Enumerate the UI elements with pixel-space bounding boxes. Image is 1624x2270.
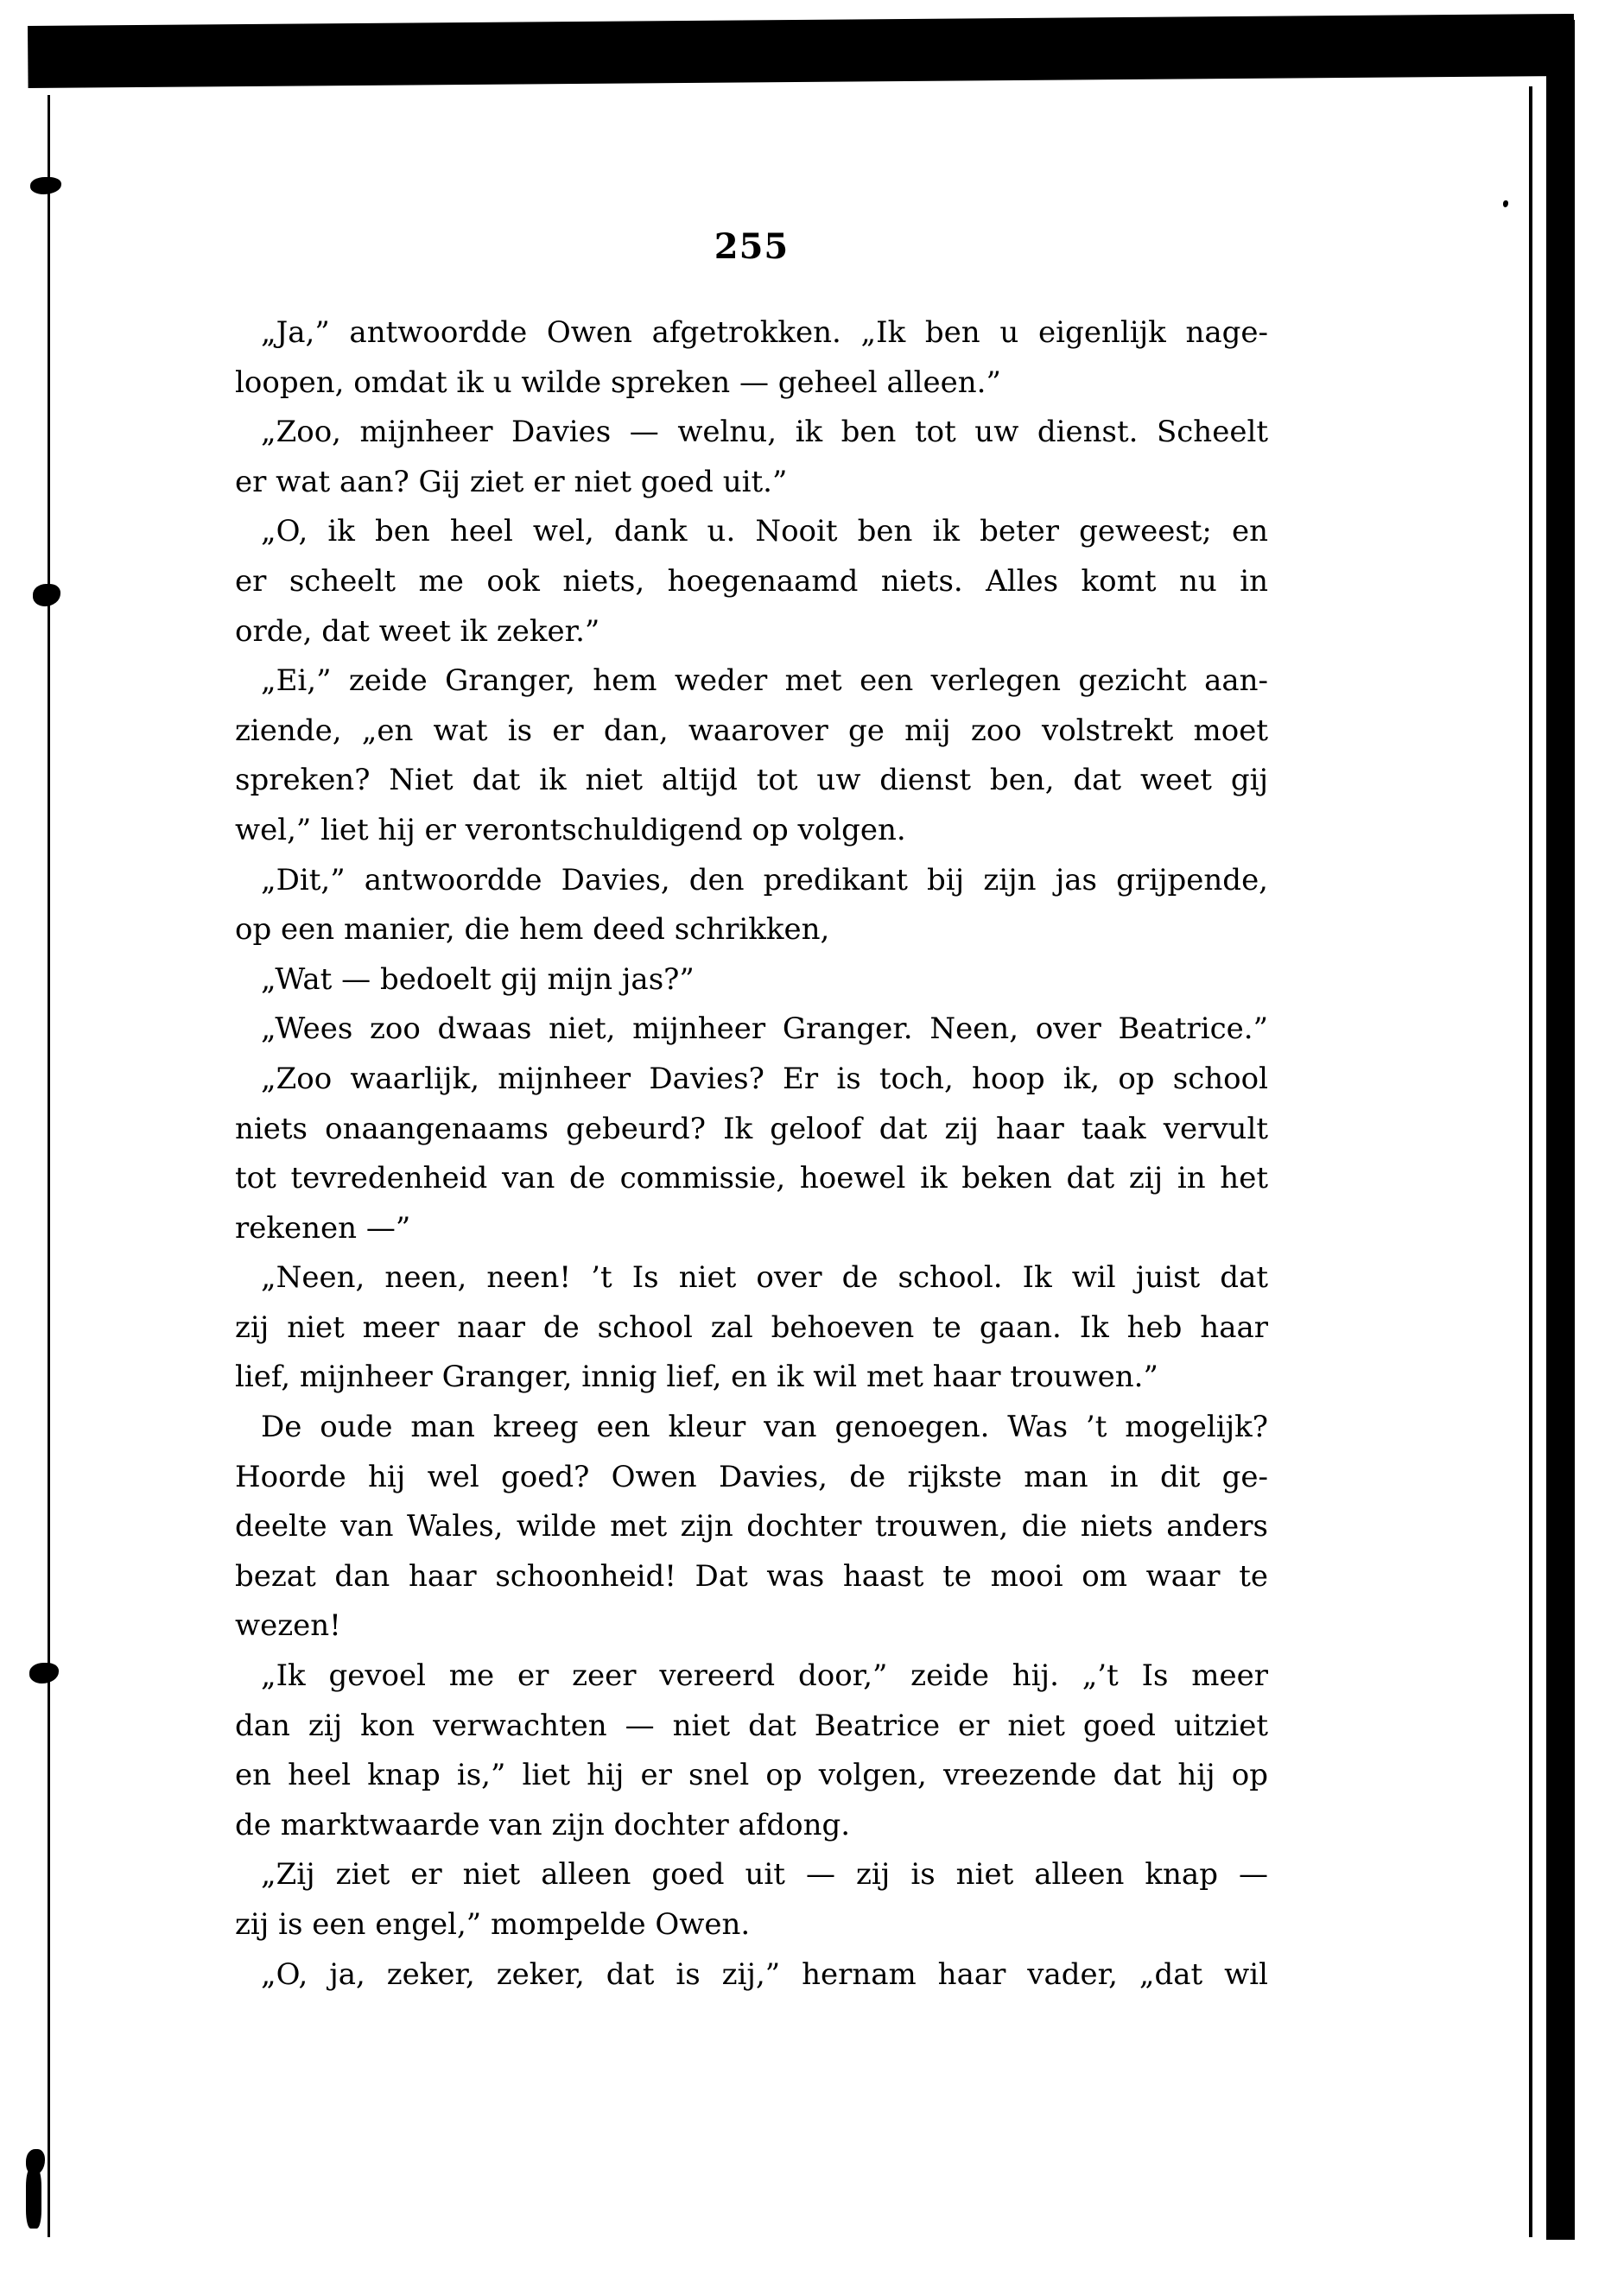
- ink-blot: [33, 584, 60, 606]
- text-line: „Dit,” antwoordde Davies, den predikant …: [235, 856, 1268, 906]
- text-line: De oude man kreeg een kleur van genoegen…: [235, 1403, 1268, 1453]
- text-line: zij niet meer naar de school zal behoeve…: [235, 1303, 1268, 1354]
- body-text: „Ja,” antwoordde Owen afgetrokken. „Ik b…: [235, 308, 1268, 2000]
- text-line: lief, mijnheer Granger, innig lief, en i…: [235, 1353, 1268, 1403]
- page-number: 255: [0, 226, 1503, 267]
- text-line: er scheelt me ook niets, hoegenaamd niet…: [235, 557, 1268, 607]
- speck: [1503, 200, 1508, 207]
- ink-blot: [26, 2168, 41, 2229]
- scanned-book-page: 255 „Ja,” antwoordde Owen afgetrokken. „…: [0, 0, 1624, 2270]
- text-line: loopen, omdat ik u wilde spreken — gehee…: [235, 358, 1268, 409]
- scan-right-border: [1546, 20, 1575, 2240]
- text-line: dan zij kon verwachten — niet dat Beatri…: [235, 1702, 1268, 1752]
- text-line: bezat dan haar schoonheid! Dat was haast…: [235, 1552, 1268, 1602]
- text-line: „Wees zoo dwaas niet, mijnheer Granger. …: [235, 1005, 1268, 1055]
- text-line: en heel knap is,” liet hij er snel op vo…: [235, 1751, 1268, 1801]
- text-line: „Zoo waarlijk, mijnheer Davies? Er is to…: [235, 1055, 1268, 1105]
- text-line: „Ik gevoel me er zeer vereerd door,” zei…: [235, 1652, 1268, 1702]
- text-line: „Neen, neen, neen! ’t Is niet over de sc…: [235, 1253, 1268, 1303]
- text-line: spreken? Niet dat ik niet altijd tot uw …: [235, 756, 1268, 806]
- ink-blot: [29, 1663, 59, 1683]
- text-line: „Wat — bedoelt gij mijn jas?”: [235, 955, 1268, 1005]
- text-line: de marktwaarde van zijn dochter afdong.: [235, 1801, 1268, 1851]
- text-line: op een manier, die hem deed schrikken,: [235, 905, 1268, 955]
- text-line: ziende, „en wat is er dan, waarover ge m…: [235, 707, 1268, 757]
- text-line: „Zij ziet er niet alleen goed uit — zij …: [235, 1850, 1268, 1900]
- scan-top-border: [28, 14, 1575, 88]
- scan-left-edge: [48, 95, 50, 2237]
- text-line: wel,” liet hij er verontschuldigend op v…: [235, 806, 1268, 856]
- ink-blot: [30, 177, 61, 194]
- text-line: niets onaangenaams gebeurd? Ik geloof da…: [235, 1105, 1268, 1155]
- text-line: „O, ja, zeker, zeker, dat is zij,” herna…: [235, 1950, 1268, 2001]
- text-line: er wat aan? Gij ziet er niet goed uit.”: [235, 458, 1268, 508]
- text-line: „O, ik ben heel wel, dank u. Nooit ben i…: [235, 507, 1268, 557]
- text-line: tot tevredenheid van de commissie, hoewe…: [235, 1154, 1268, 1204]
- text-line: „Zoo, mijnheer Davies — welnu, ik ben to…: [235, 408, 1268, 458]
- text-line: „Ja,” antwoordde Owen afgetrokken. „Ik b…: [235, 308, 1268, 358]
- text-line: „Ei,” zeide Granger, hem weder met een v…: [235, 656, 1268, 707]
- scan-right-edge-line: [1529, 86, 1532, 2237]
- text-line: wezen!: [235, 1601, 1268, 1652]
- text-line: rekenen —”: [235, 1204, 1268, 1254]
- text-line: deelte van Wales, wilde met zijn dochter…: [235, 1502, 1268, 1552]
- text-line: zij is een engel,” mompelde Owen.: [235, 1900, 1268, 1950]
- text-line: Hoorde hij wel goed? Owen Davies, de rij…: [235, 1453, 1268, 1503]
- text-line: orde, dat weet ik zeker.”: [235, 607, 1268, 657]
